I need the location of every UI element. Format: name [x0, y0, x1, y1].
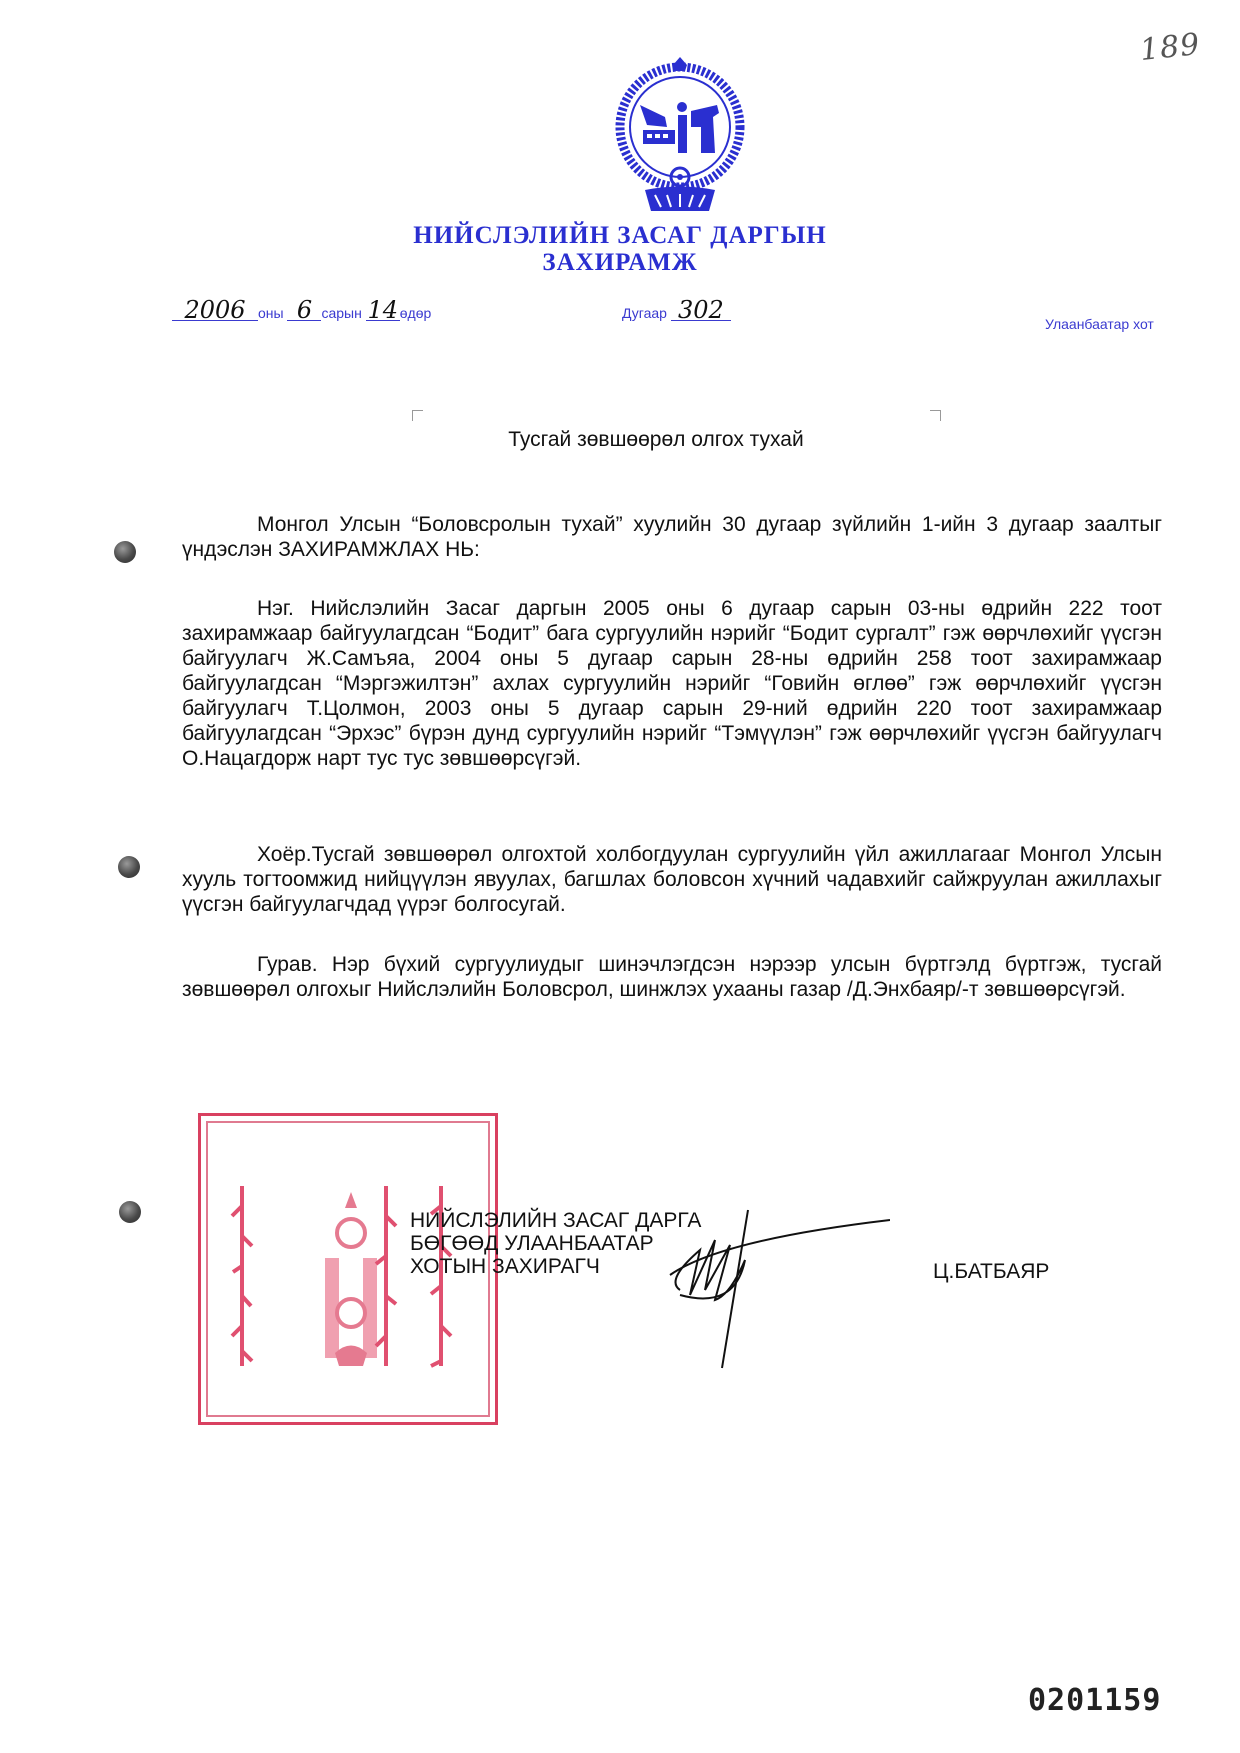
signatory-title-line: НИЙСЛЭЛИЙН ЗАСАГ ДАРГА: [410, 1209, 701, 1232]
corner-mark-left: [412, 410, 423, 421]
punch-hole: [118, 856, 140, 878]
day-label: өдөр: [400, 305, 432, 321]
mongol-script-icon: [371, 1176, 401, 1376]
signatory-name: Ц.БАТБАЯР: [933, 1260, 1049, 1284]
document-subject: Тусгай зөвшөөрөл олгох тухай: [0, 428, 1240, 452]
paragraph-text: Гурав. Нэр бүхий сургуулиудыг шинэчлэгдс…: [182, 952, 1162, 1002]
handwritten-signature-icon: [660, 1200, 890, 1370]
clause-one-paragraph: Нэг. Нийслэлийн Засаг даргын 2005 оны 6 …: [182, 596, 1162, 771]
document-date: 2006оны 6сарын 14өдөр: [172, 300, 431, 321]
document-type: ЗАХИРАМЖ: [0, 249, 1240, 276]
paragraph-text: Нэг. Нийслэлийн Засаг даргын 2005 оны 6 …: [182, 596, 1162, 771]
signatory-title-line: ХОТЫН ЗАХИРАГЧ: [410, 1255, 701, 1278]
punch-hole: [119, 1201, 141, 1223]
document-header: НИЙСЛЭЛИЙН ЗАСАГ ДАРГЫН ЗАХИРАМЖ: [0, 222, 1240, 276]
date-day: 14: [366, 300, 400, 321]
document-number: Дугаар 302: [622, 300, 731, 321]
mongolia-state-emblem-icon: [605, 55, 755, 215]
number-label: Дугаар: [622, 305, 667, 321]
paragraph-text: Хоёр.Тусгай зөвшөөрөл олгохтой холбогдуу…: [182, 842, 1162, 917]
clause-two-paragraph: Хоёр.Тусгай зөвшөөрөл олгохтой холбогдуу…: [182, 842, 1162, 917]
paragraph-text: Монгол Улсын “Боловсролын тухай” хуулийн…: [182, 512, 1162, 562]
date-year: 2006: [172, 300, 258, 321]
date-month: 6: [287, 300, 321, 321]
clause-three-paragraph: Гурав. Нэр бүхий сургуулиудыг шинэчлэгдс…: [182, 952, 1162, 1002]
document-serial-number: 0201159: [1028, 1683, 1161, 1718]
number-value: 302: [671, 300, 731, 321]
document-place: Улаанбаатар хот: [1045, 316, 1154, 332]
corner-mark-right: [930, 410, 941, 421]
org-name: НИЙСЛЭЛИЙН ЗАСАГ ДАРГЫН: [0, 222, 1240, 249]
signatory-title: НИЙСЛЭЛИЙН ЗАСАГ ДАРГА БӨГӨӨД УЛААНБААТА…: [410, 1209, 701, 1278]
year-label: оны: [258, 305, 284, 321]
mongol-script-icon: [227, 1176, 257, 1376]
punch-hole: [114, 541, 136, 563]
month-label: сарын: [321, 305, 361, 321]
signatory-title-line: БӨГӨӨД УЛААНБААТАР: [410, 1232, 701, 1255]
preamble-paragraph: Монгол Улсын “Боловсролын тухай” хуулийн…: [182, 512, 1162, 562]
page-number: 189: [1138, 27, 1202, 68]
